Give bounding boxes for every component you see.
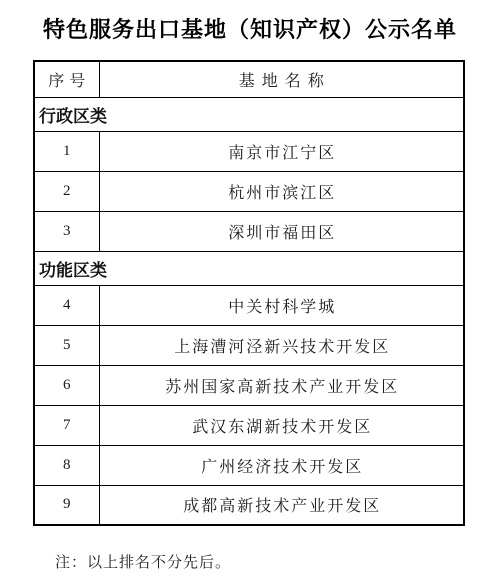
base-list-table: 序号 基地名称 行政区类 1 南京市江宁区 2 杭州市滨江区 3 深圳市福田区 …: [33, 60, 465, 526]
document-title: 特色服务出口基地（知识产权）公示名单: [0, 13, 500, 44]
serial-cell: 3: [34, 211, 99, 251]
serial-cell: 6: [34, 365, 99, 405]
table-row: 4 中关村科学城: [34, 285, 464, 325]
section-row-functional: 功能区类: [34, 251, 464, 285]
table-row: 8 广州经济技术开发区: [34, 445, 464, 485]
serial-cell: 2: [34, 171, 99, 211]
base-name-cell: 广州经济技术开发区: [99, 445, 464, 485]
serial-cell: 7: [34, 405, 99, 445]
section-label: 行政区类: [34, 97, 464, 131]
table-row: 7 武汉东湖新技术开发区: [34, 405, 464, 445]
table-row: 2 杭州市滨江区: [34, 171, 464, 211]
serial-cell: 9: [34, 485, 99, 525]
section-row-administrative: 行政区类: [34, 97, 464, 131]
column-header-serial: 序号: [34, 61, 99, 97]
table-row: 6 苏州国家高新技术产业开发区: [34, 365, 464, 405]
table-row: 9 成都高新技术产业开发区: [34, 485, 464, 525]
base-name-cell: 武汉东湖新技术开发区: [99, 405, 464, 445]
serial-cell: 4: [34, 285, 99, 325]
column-header-base-name: 基地名称: [99, 61, 464, 97]
base-name-cell: 杭州市滨江区: [99, 171, 464, 211]
base-name-cell: 中关村科学城: [99, 285, 464, 325]
table-row: 1 南京市江宁区: [34, 131, 464, 171]
base-name-cell: 上海漕河泾新兴技术开发区: [99, 325, 464, 365]
base-name-cell: 深圳市福田区: [99, 211, 464, 251]
base-name-cell: 南京市江宁区: [99, 131, 464, 171]
base-name-cell: 苏州国家高新技术产业开发区: [99, 365, 464, 405]
serial-cell: 5: [34, 325, 99, 365]
serial-cell: 8: [34, 445, 99, 485]
serial-cell: 1: [34, 131, 99, 171]
footnote: 注：以上排名不分先后。: [55, 551, 231, 572]
section-label: 功能区类: [34, 251, 464, 285]
table-row: 3 深圳市福田区: [34, 211, 464, 251]
table-header-row: 序号 基地名称: [34, 61, 464, 97]
table-row: 5 上海漕河泾新兴技术开发区: [34, 325, 464, 365]
base-name-cell: 成都高新技术产业开发区: [99, 485, 464, 525]
